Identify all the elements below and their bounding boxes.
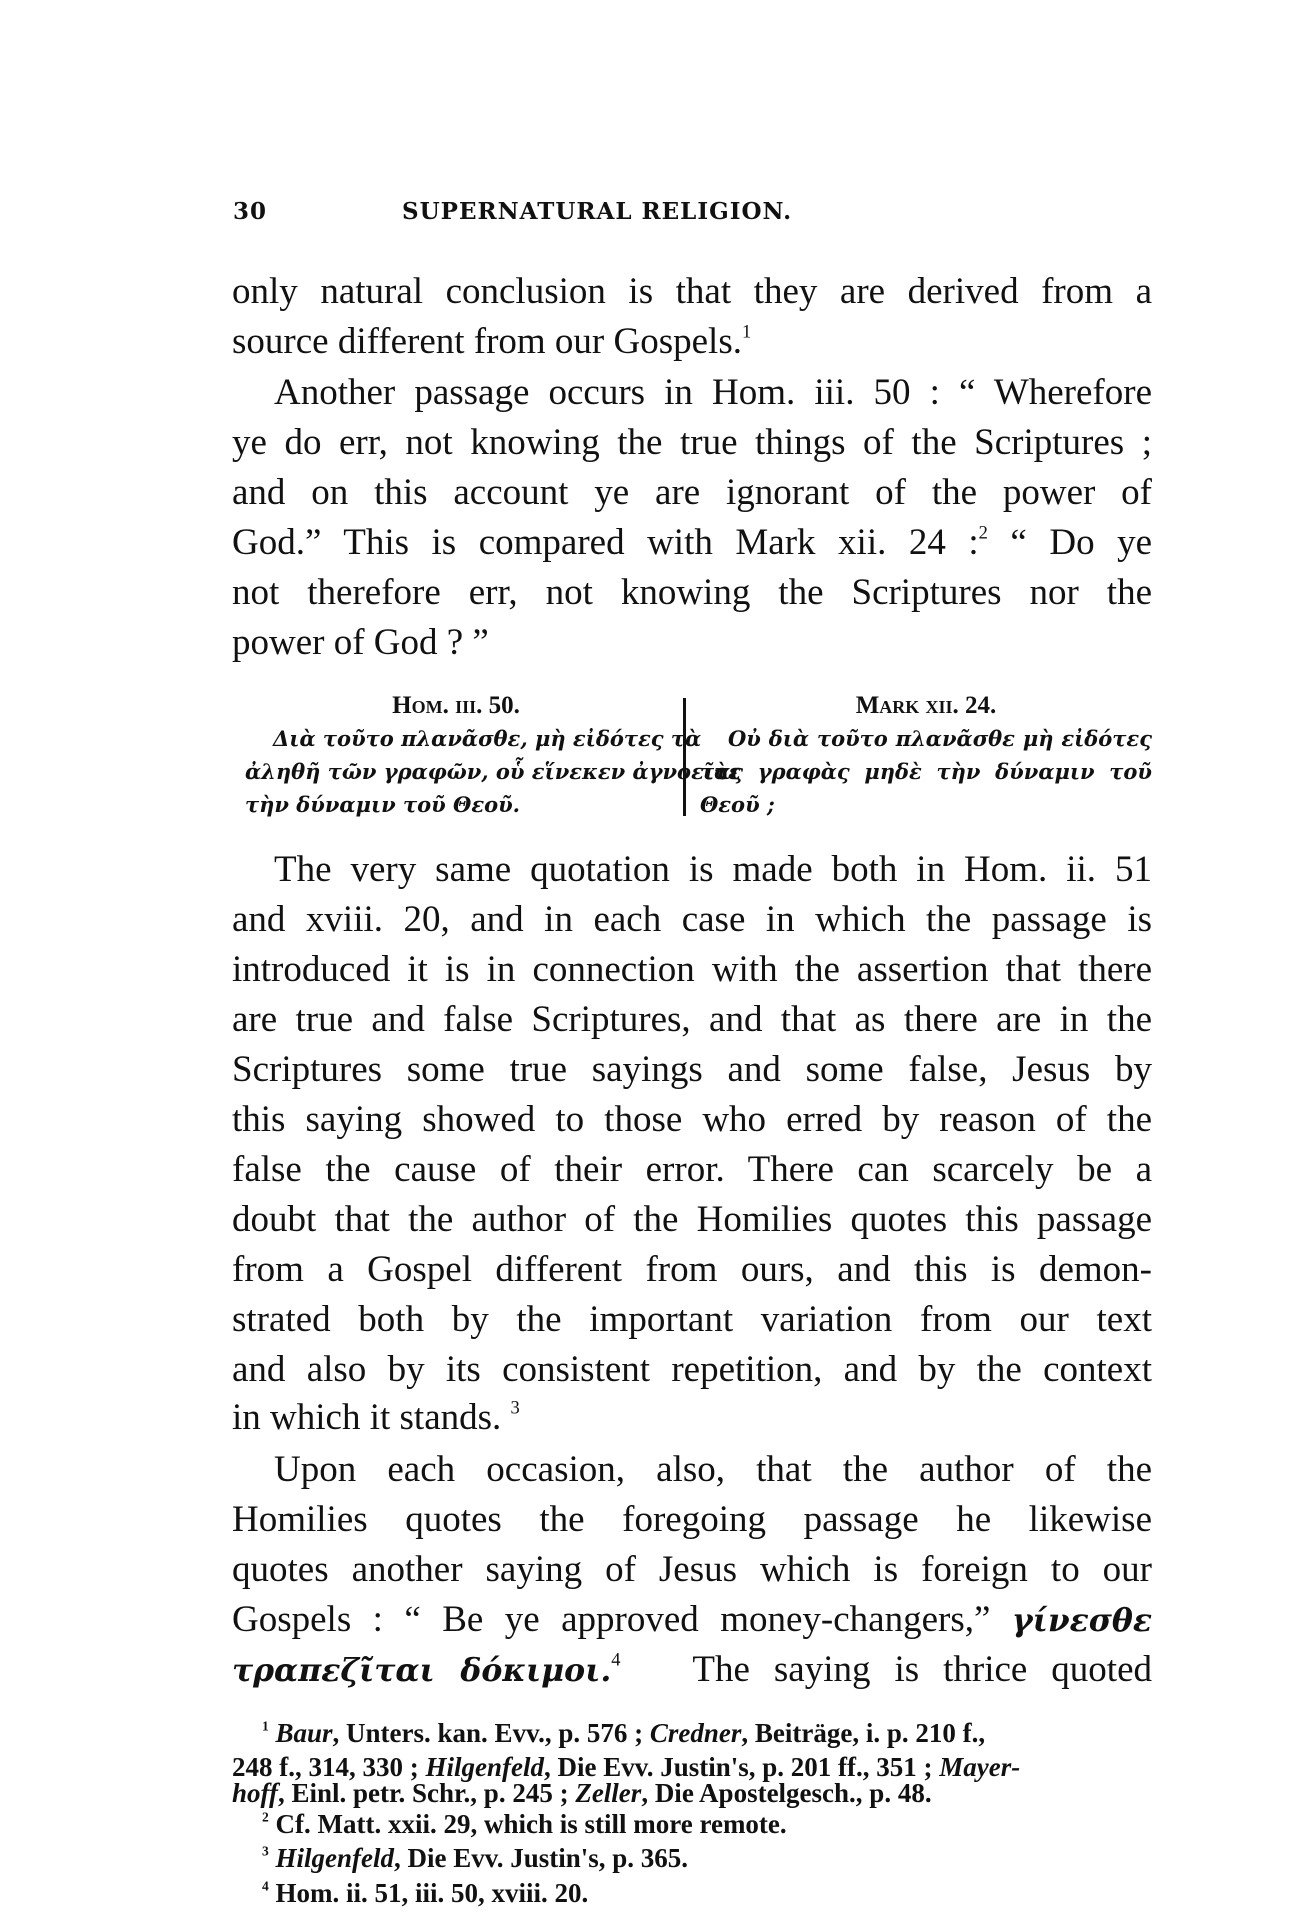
footnote-mark: 2 — [262, 1810, 269, 1825]
footnote-text: , Die Evv. Justin's, p. 365. — [394, 1843, 688, 1873]
body-line: τραπεζῖται δόκιμοι.4 The saying is thric… — [232, 1648, 1152, 1692]
author-name: Zeller — [575, 1778, 641, 1808]
body-line: source different from our Gospels.1 — [232, 320, 1152, 364]
book-page: 30 SUPERNATURAL RELIGION. only natural c… — [0, 0, 1292, 1925]
body-line: ye do err, not knowing the true things o… — [232, 421, 1152, 465]
running-title: SUPERNATURAL RELIGION. — [402, 198, 792, 225]
footnote-ref[interactable]: 4 — [611, 1650, 620, 1670]
footnote-text: Cf. Matt. xxii. 29, which is still more … — [276, 1809, 787, 1839]
body-line: false the cause of their error. There ca… — [232, 1148, 1152, 1192]
footnote-1-line-3: hoff, Einl. petr. Schr., p. 245 ; Zeller… — [232, 1777, 1152, 1809]
greek-line: τὴν δύναμιν τοῦ Θεοῦ. — [245, 788, 667, 821]
footnote-4: 4 Hom. ii. 51, iii. 50, xviii. 20. — [232, 1877, 1152, 1909]
body-line: and xviii. 20, and in each case in which… — [232, 898, 1152, 942]
body-line: doubt that the author of the Homilies qu… — [232, 1198, 1152, 1242]
footnote-2: 2 Cf. Matt. xxii. 29, which is still mor… — [232, 1808, 1152, 1840]
footnote-mark: 4 — [262, 1879, 269, 1894]
footnote-text: , Die Apostelgesch., p. 48. — [641, 1778, 931, 1808]
body-line: power of God ? ” — [232, 621, 1152, 665]
footnote-3: 3 Hilgenfeld, Die Evv. Justin's, p. 365. — [232, 1842, 1152, 1874]
greek-line: Οὐ διὰ τοῦτο πλανᾶσθε μὴ εἰδότες — [700, 722, 1152, 755]
body-line: Gospels : “ Be ye approved money-changer… — [232, 1598, 1152, 1642]
body-line: Upon each occasion, also, that the autho… — [232, 1448, 1152, 1492]
footnote-ref[interactable]: 2 — [979, 523, 988, 543]
body-line: Scriptures some true sayings and some fa… — [232, 1048, 1152, 1092]
author-name: hoff — [232, 1778, 278, 1808]
body-line: quotes another saying of Jesus which is … — [232, 1548, 1152, 1592]
column-divider — [683, 698, 686, 816]
footnote-text: , Unters. kan. Evv., p. 576 ; — [333, 1718, 650, 1748]
footnote-1: 1 Baur, Unters. kan. Evv., p. 576 ; Cred… — [232, 1717, 1152, 1749]
body-line: The very same quotation is made both in … — [232, 848, 1152, 892]
body-line: this saying showed to those who erred by… — [232, 1098, 1152, 1142]
footnote-ref[interactable]: 3 — [511, 1398, 520, 1418]
comparison-right-column: Mark xii. 24. Οὐ διὰ τοῦτο πλανᾶσθε μὴ ε… — [700, 690, 1152, 821]
greek-line: Διὰ τοῦτο πλανᾶσθε, μὴ εἰδότες τὰ — [245, 722, 667, 755]
author-name: Credner — [650, 1718, 742, 1748]
comparison-right-heading: Mark xii. 24. — [700, 690, 1152, 722]
body-line: Homilies quotes the foregoing passage he… — [232, 1498, 1152, 1542]
body-line: only natural conclusion is that they are… — [232, 270, 1152, 314]
footnote-text: , Einl. petr. Schr., p. 245 ; — [278, 1778, 575, 1808]
comparison-left-heading: Hom. iii. 50. — [245, 690, 667, 722]
body-line: God.” This is compared with Mark xii. 24… — [232, 521, 1152, 565]
footnote-mark: 1 — [262, 1719, 269, 1734]
greek-line: τὰς γραφὰς μηδὲ τὴν δύναμιν τοῦ — [700, 755, 1152, 788]
body-line: are true and false Scriptures, and that … — [232, 998, 1152, 1042]
author-name: Baur — [276, 1718, 333, 1748]
author-name: Hilgenfeld — [276, 1843, 394, 1873]
body-line: and also by its consistent repetition, a… — [232, 1348, 1152, 1392]
greek-phrase: τραπεζῖται δόκιμοι. — [232, 1652, 611, 1689]
footnote-mark: 3 — [262, 1844, 269, 1859]
page-number: 30 — [233, 198, 267, 225]
body-line: not therefore err, not knowing the Scrip… — [232, 571, 1152, 615]
body-line: from a Gospel different from ours, and t… — [232, 1248, 1152, 1292]
footnote-ref[interactable]: 1 — [742, 322, 751, 342]
body-line: and on this account ye are ignorant of t… — [232, 471, 1152, 515]
greek-line: ἀληθῆ τῶν γραφῶν, οὗ εἵνεκεν ἀγνοεῖτε — [245, 755, 667, 788]
body-line: introduced it is in connection with the … — [232, 948, 1152, 992]
body-line: Another passage occurs in Hom. iii. 50 :… — [232, 371, 1152, 415]
comparison-left-column: Hom. iii. 50. Διὰ τοῦτο πλανᾶσθε, μὴ εἰδ… — [245, 690, 667, 821]
footnote-text: Hom. ii. 51, iii. 50, xviii. 20. — [276, 1878, 589, 1908]
body-line: strated both by the important variation … — [232, 1298, 1152, 1342]
footnote-text: , Beiträge, i. p. 210 f., — [741, 1718, 985, 1748]
greek-phrase: γίνεσθε — [1012, 1602, 1152, 1639]
greek-line: Θεοῦ ; — [700, 788, 1152, 821]
body-line: in which it stands. 3 — [232, 1396, 1152, 1440]
